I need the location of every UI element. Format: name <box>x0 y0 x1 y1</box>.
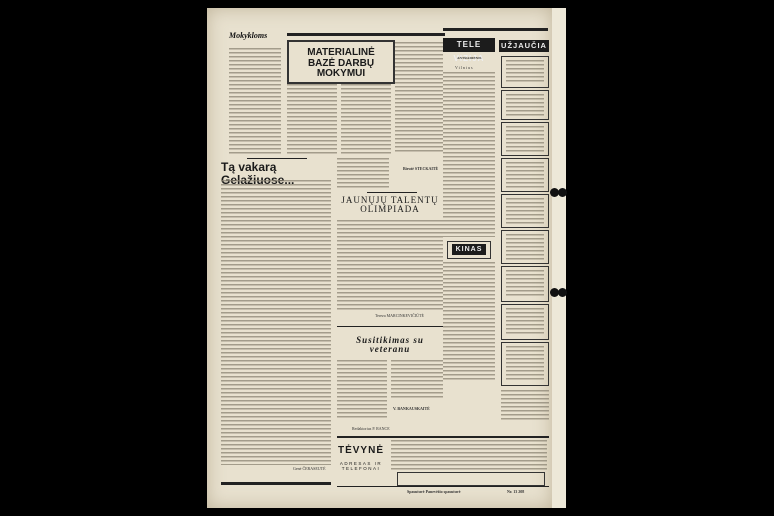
section-uzjaucia: UŽJAUČIA <box>499 40 549 52</box>
condolence-text <box>506 198 544 224</box>
binding-hole <box>558 288 567 297</box>
condolence-box-3 <box>501 122 549 156</box>
condolence-box-6 <box>501 230 549 264</box>
tv-day: ANTRADIENIS <box>457 56 482 60</box>
page-margin <box>552 8 566 508</box>
bottom-rule-left <box>221 482 331 485</box>
condolence-box-8 <box>501 304 549 340</box>
footer-publisher: Spaustuvė Panevėžio spaustuvė <box>407 489 461 494</box>
tv-program-text <box>443 72 495 237</box>
condolence-text <box>506 270 544 298</box>
article-text-olimpiada <box>337 220 443 312</box>
signature-bankauskaite: V. BANKAUSKAITĖ <box>393 406 430 411</box>
condolence-box-7 <box>501 266 549 302</box>
article-text-mid-upper <box>337 158 389 188</box>
condolence-box-2 <box>501 90 549 120</box>
section-televizija: TELE VIZIJA <box>443 38 495 52</box>
headline-olimpiada: JAUNŲJŲ TALENTŲ OLIMPIADA <box>335 196 445 215</box>
condolence-box-9 <box>501 342 549 386</box>
divider-susitikimas <box>337 326 443 327</box>
divider <box>247 158 307 159</box>
binding-hole <box>558 188 567 197</box>
kinas-program-text <box>443 262 495 380</box>
condolence-box-4 <box>501 158 549 192</box>
section-kinas: KINAS <box>452 244 486 255</box>
footer-publisher-box <box>397 472 545 486</box>
tv-channel: Vilnius <box>455 65 474 70</box>
masthead-tevyne: TĖVYNĖ <box>335 446 387 457</box>
footer-address-text <box>391 440 547 470</box>
top-rule <box>287 33 445 36</box>
condolence-text <box>506 162 544 188</box>
article-text-materiale-3 <box>395 42 443 152</box>
condolence-box-1 <box>501 56 549 88</box>
article-text-susitikimas-1 <box>337 360 387 418</box>
condolence-text <box>506 346 544 382</box>
editor-credit: Redaktorius P. RANCE <box>352 426 390 431</box>
signature-marcinkeviciute: Tereza MARCINKEVIČIŪTĖ <box>375 313 424 318</box>
newspaper-page: Mokykloms MATERIALINĖ BAZĖ DARBŲ MOKYMUI… <box>207 8 552 508</box>
article-text-col1 <box>229 48 281 156</box>
column-header-mokykloms: Mokykloms <box>229 31 267 40</box>
condolence-text <box>506 94 544 116</box>
headline-box-materiale: MATERIALINĖ BAZĖ DARBŲ MOKYMUI <box>287 40 395 84</box>
condolence-text <box>506 60 544 84</box>
condolence-text <box>506 308 544 336</box>
condolence-box-5 <box>501 194 549 228</box>
article-text-materiale-1 <box>287 84 337 156</box>
signature-ceraseute: Genė ČERASEUTĖ <box>293 466 326 471</box>
footer-bottom-rule <box>337 486 549 487</box>
footer-number: Nr. 13 208 <box>507 489 524 494</box>
top-rule-right <box>443 28 548 31</box>
condolence-text <box>506 234 544 260</box>
footer-top-rule <box>337 436 549 438</box>
section-kinas-box: KINAS <box>447 241 491 259</box>
signature-steckaite: Birutė STECKAITĖ <box>403 166 438 171</box>
headline-materiale: MATERIALINĖ BAZĖ DARBŲ MOKYMUI <box>293 48 389 80</box>
article-text-vakara <box>221 180 331 465</box>
article-text-susitikimas-2 <box>391 360 443 400</box>
condolence-text <box>506 126 544 152</box>
headline-susitikimas: Susitikimas su veteranu <box>337 336 443 355</box>
radio-program-text <box>501 390 549 420</box>
divider-olimpiada <box>367 192 417 193</box>
footer-addresses-label: ADRESAS IR TELEFONAI <box>335 462 387 471</box>
article-text-materiale-2 <box>341 84 391 156</box>
